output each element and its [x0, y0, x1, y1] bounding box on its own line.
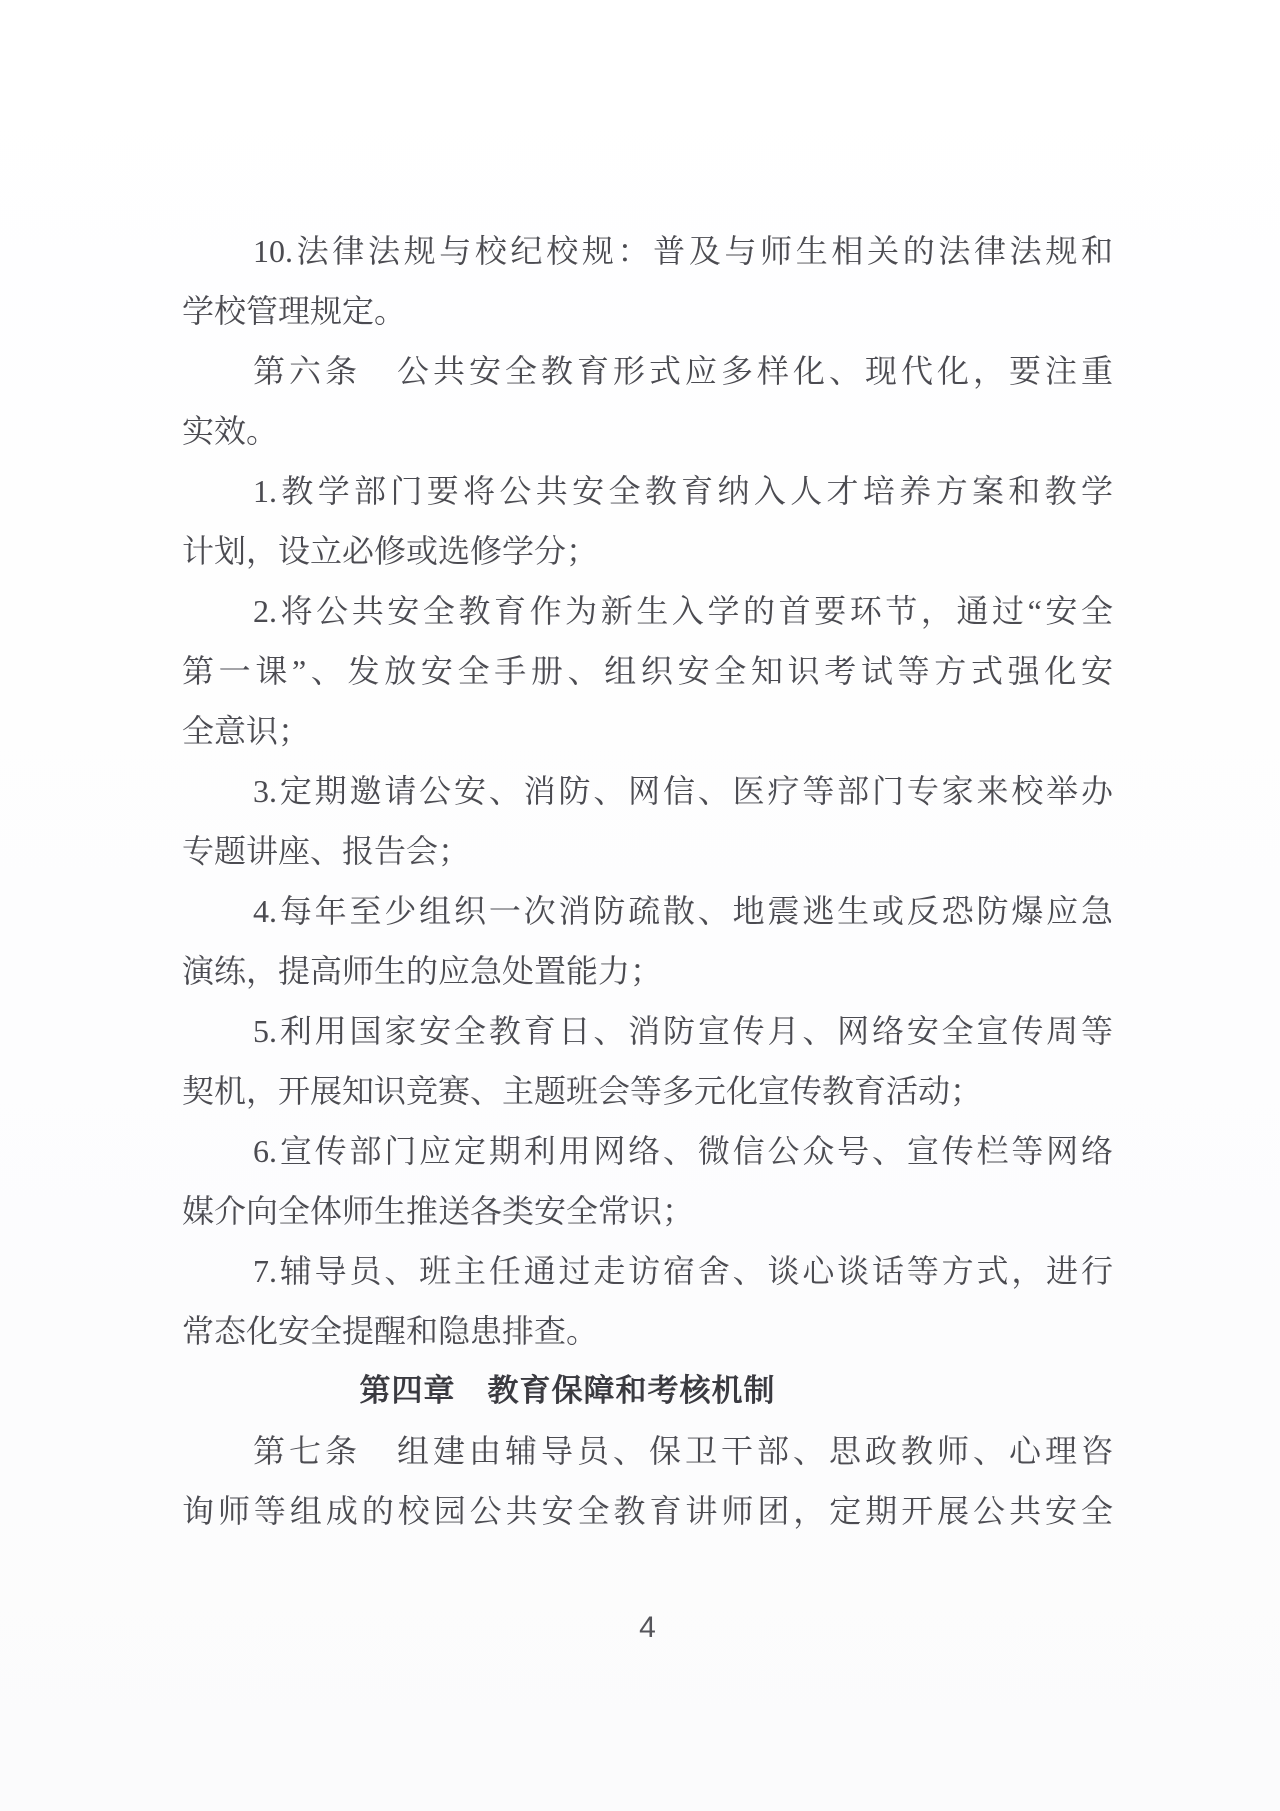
text-line: 3.定期邀请公安、消防、网信、医疗等部门专家来校举办 [182, 761, 1113, 821]
page-number: 4 [182, 1604, 1113, 1652]
text-line: 6.宣传部门应定期利用网络、微信公众号、宣传栏等网络 [182, 1121, 1113, 1181]
text-line: 学校管理规定。 [182, 281, 1113, 341]
text-line: 媒介向全体师生推送各类安全常识； [182, 1181, 1113, 1241]
text-line: 5.利用国家安全教育日、消防宣传月、网络安全宣传周等 [182, 1001, 1113, 1061]
text-block: 10.法律法规与校纪校规：普及与师生相关的法律法规和学校管理规定。第六条 公共安… [182, 221, 1113, 1541]
text-line: 第六条 公共安全教育形式应多样化、现代化，要注重 [182, 341, 1113, 401]
text-line: 7.辅导员、班主任通过走访宿舍、谈心谈话等方式，进行 [182, 1241, 1113, 1301]
text-line: 第七条 组建由辅导员、保卫干部、思政教师、心理咨 [182, 1421, 1113, 1481]
document-page: 10.法律法规与校纪校规：普及与师生相关的法律法规和学校管理规定。第六条 公共安… [0, 0, 1280, 1811]
text-line: 4.每年至少组织一次消防疏散、地震逃生或反恐防爆应急 [182, 881, 1113, 941]
text-line: 2.将公共安全教育作为新生入学的首要环节，通过“安全 [182, 581, 1113, 641]
text-line: 全意识； [182, 701, 1113, 761]
text-line: 询师等组成的校园公共安全教育讲师团，定期开展公共安全 [182, 1481, 1113, 1541]
text-line: 演练，提高师生的应急处置能力； [182, 941, 1113, 1001]
chapter-heading: 第四章 教育保障和考核机制 [102, 1361, 1033, 1421]
text-line: 实效。 [182, 401, 1113, 461]
text-line: 第一课”、发放安全手册、组织安全知识考试等方式强化安 [182, 641, 1113, 701]
text-line: 专题讲座、报告会； [182, 821, 1113, 881]
text-line: 1.教学部门要将公共安全教育纳入人才培养方案和教学 [182, 461, 1113, 521]
text-line: 10.法律法规与校纪校规：普及与师生相关的法律法规和 [182, 221, 1113, 281]
text-line: 计划，设立必修或选修学分； [182, 521, 1113, 581]
text-line: 常态化安全提醒和隐患排查。 [182, 1301, 1113, 1361]
text-line: 契机，开展知识竞赛、主题班会等多元化宣传教育活动； [182, 1061, 1113, 1121]
